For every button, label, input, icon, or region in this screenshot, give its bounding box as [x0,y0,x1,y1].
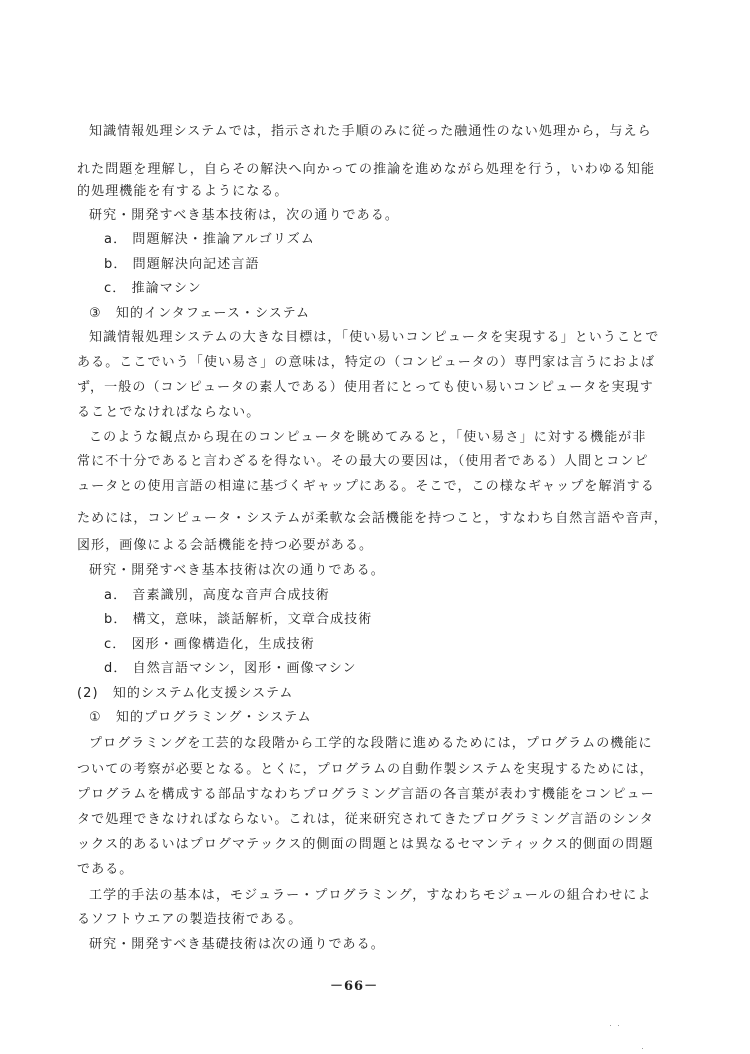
paragraph-line: 知識情報処理システムの大きな目標は，「使い易いコンピュータを実現する」ということ… [89,330,629,346]
document-page: 知識情報処理システムでは，指示された手順のみに従った融通性のない処理から，与えら… [0,0,750,1054]
paragraph-line: プログラミングを工芸的な段階から工学的な段階に進めるためには，プログラムの機能に [89,736,629,752]
paragraph-line: ず，一般の（コンピュータの素人である）使用者にとっても使い易いコンピュータを実現… [77,380,629,396]
list-item: b． 構文，意味，談話解析，文章合成技術 [104,612,372,628]
paragraph-line: 研究・開発すべき基礎技術は次の通りである。 [89,937,385,953]
subsection-heading: ① 知的プログラミング・システム [89,710,312,726]
paragraph-line: タで処理できなければならない。これは，従来研究されてきたプログラミング言語のシン… [77,812,629,828]
paragraph-line: 工学的手法の基本は，モジュラー・プログラミング，すなわちモジュールの組合わせによ [89,888,629,904]
paragraph-line: 常に不十分であると言わざるを得ない。その最大の要因は，（使用者である）人間とコン… [77,454,629,470]
list-item: c． 推論マシン [104,281,202,297]
scan-speck [610,1025,611,1026]
paragraph-line: このような観点から現在のコンピュータを眺めてみると，「使い易さ」に対する機能が非 [89,430,629,446]
paragraph-line: 的処理機能を有するようになる。 [77,184,289,200]
paragraph-line: である。 [77,862,133,878]
list-item: b． 問題解決向記述言語 [104,257,260,273]
paragraph-line: 図形，画像による会話機能を持つ必要がある。 [77,538,373,554]
section-heading: (2) 知的システム化支援システム [77,686,294,702]
paragraph-line: ックス的あるいはプログマテックス的側面の問題とは異なるセマンティックス的側面の問… [77,837,629,853]
paragraph-line: 知識情報処理システムでは，指示された手順のみに従った融通性のない処理から，与えら [89,124,629,140]
paragraph-line: ためには，コンピュータ・システムが柔軟な会話機能を持つこと，すなわち自然言語や音… [77,511,629,527]
page-number: －66－ [330,975,378,994]
scan-speck [642,1048,643,1049]
paragraph-line: 研究・開発すべき基本技術は次の通りである。 [89,563,385,579]
scan-speck [135,174,136,175]
list-item: a． 問題解決・推論アルゴリズム [104,232,315,248]
paragraph-line: ついての考察が必要となる。とくに，プログラムの自動作製システムを実現するためには… [77,762,629,778]
list-item: d． 自然言語マシン，図形・画像マシン [104,661,357,677]
scan-speck [618,1025,619,1026]
paragraph-line: ュータとの使用言語の相違に基づくギャップにある。そこで，この様なギャップを解消す… [77,479,629,495]
paragraph-line: ある。ここでいう「使い易さ」の意味は，特定の（コンピュータの）専門家は言うにおよ… [77,355,629,371]
paragraph-line: プログラムを構成する部品すなわちプログラミング言語の各言葉が表わす機能をコンピュ… [77,787,629,803]
section-heading: ③ 知的インタフェース・システム [89,306,310,322]
list-item: a． 音素識別，高度な音声合成技術 [104,588,330,604]
paragraph-line: 研究・開発すべき基本技術は，次の通りである。 [89,208,399,224]
list-item: c． 図形・画像構造化，生成技術 [104,637,315,653]
paragraph-line: ることでなければならない。 [77,405,260,421]
paragraph-line: るソフトウエアの製造技術である。 [77,912,302,928]
paragraph-line: れた問題を理解し，自らその解決へ向かっての推論を進めながら処理を行う，いわゆる知… [77,162,629,178]
